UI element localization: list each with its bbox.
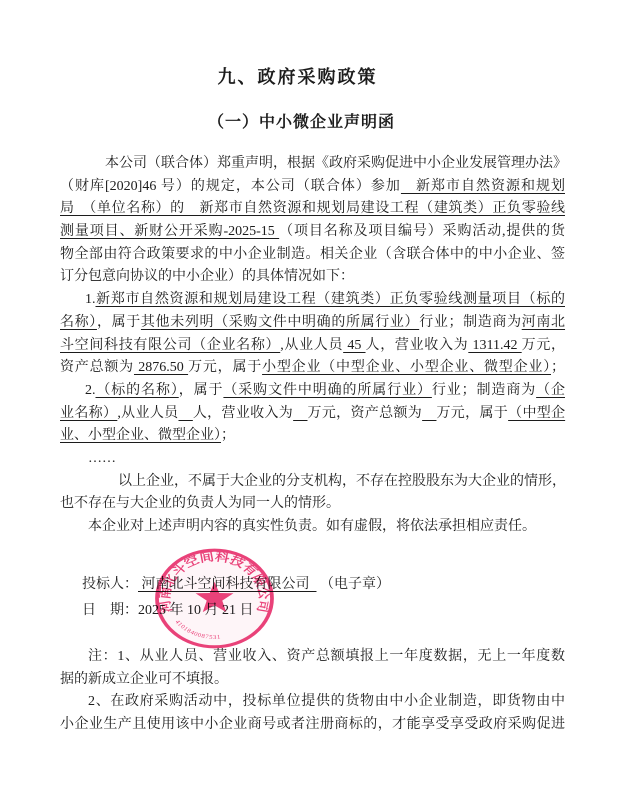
static-text: 行业；制造商为 xyxy=(432,383,536,398)
text-line: …… xyxy=(60,448,565,471)
text-line: 局 （单位名称）的 新郑市自然资源和规划局建设工程（建筑类）正负零验线 xyxy=(60,198,565,221)
static-text: （项目名称及项目编号）采购活动,提供的货 xyxy=(279,224,565,239)
filled-blank-text: 1311.42 xyxy=(468,338,521,353)
filled-blank-text: 45 xyxy=(343,338,365,353)
filled-blank-text: 业、小型企业、微型企业） xyxy=(60,428,221,443)
static-text: 注：1、从业人员、营业收入、资产总额填报上一年度数据，无上一年度数 xyxy=(88,649,565,664)
text-line: 本公司（联合体）郑重声明，根据《政府采购促进中小企业发展管理办法》 xyxy=(60,153,565,176)
text-line: 以上企业，不属于大企业的分支机构，不存在控股股东为大企业的情形， xyxy=(60,471,565,494)
filled-blank-text: 名称） xyxy=(60,315,97,330)
static-text: （财库[2020]46 号）的规定，本公司（联合体）参加 xyxy=(60,179,401,194)
text-line: 订分包意向协议的中小企业）的具体情况如下： xyxy=(60,266,565,289)
doc-subtitle: （一）中小微企业声明函 xyxy=(60,111,565,135)
static-text: 资产总额为 xyxy=(60,360,134,375)
text-line: 日 期：2025 年 10 月 21 日 xyxy=(60,598,565,624)
filled-blank-text: （企 xyxy=(536,383,565,398)
static-text: （电子章） xyxy=(317,577,391,592)
text-line: 注：1、从业人员、营业收入、资产总额填报上一年度数据，无上一年度数 xyxy=(60,646,565,669)
text-line: 业、小型企业、微型企业）； xyxy=(60,425,565,448)
static-text: 订分包意向协议的中小企业）的具体情况如下： xyxy=(60,269,354,284)
static-text: 小企业生产且使用该中小企业商号或者注册商标的，才能享受享受政府采购促进 xyxy=(60,717,565,732)
static-text: ,从业人员 xyxy=(280,338,343,353)
signature-block: 投标人： 河南北斗空间科技有限公司 （电子章）日 期：2025 年 10 月 2… xyxy=(60,572,565,624)
filled-blank-text: （中型企 xyxy=(508,406,565,421)
static-text: 人，营业收入为 xyxy=(193,406,293,421)
static-text: ； xyxy=(221,428,235,443)
doc-title: 九、政府采购政策 xyxy=(60,64,565,90)
static-text: 万元，属于 xyxy=(188,360,262,375)
text-line: 1.新郑市自然资源和规划局建设工程（建筑类）正负零验线测量项目（标的 xyxy=(60,289,565,312)
static-text: 物全部由符合政策要求的中小企业制造。相关企业（含联合体中的中小企业、签 xyxy=(60,247,565,262)
text-line: 名称），属于其他未列明（采购文件中明确的所属行业）行业；制造商为河南北 xyxy=(60,312,565,335)
text-line: 2、在政府采购活动中，投标单位提供的货物由中小企业制造，即货物由中 xyxy=(60,691,565,714)
filled-blank-text: 河南北斗空间科技有限公司 xyxy=(138,577,317,592)
static-text: 万元，属于 xyxy=(436,406,508,421)
static-text: ，属于 xyxy=(179,383,224,398)
document-page: 九、政府采购政策 （一）中小微企业声明函 本公司（联合体）郑重声明，根据《政府采… xyxy=(0,0,628,791)
filled-blank-text: 小型企业（中型企业、小型企业、微型企业） xyxy=(262,360,551,375)
static-text: ,从业人员 xyxy=(117,406,178,421)
filled-blank-text: 2876.50 xyxy=(134,360,188,375)
filled-blank-text: 斗空间科技有限公司（企业名称） xyxy=(60,338,280,353)
static-text: 人，营业收入为 xyxy=(366,338,469,353)
filled-blank-text: 测量项目、新财公开采购-2025-15 xyxy=(60,224,279,239)
filled-blank-text: 新郑市自然资源和规划局建设工程（建筑类）正负零验线测量项目（标的 xyxy=(96,292,566,307)
filled-blank-text: 局 （单位名称）的 新郑市自然资源和规划局建设工程（建筑类）正负零验线 xyxy=(60,201,565,216)
filled-blank-text xyxy=(293,406,307,421)
text-line: 本企业对上述声明内容的真实性负责。如有虚假，将依法承担相应责任。 xyxy=(60,516,565,539)
static-text: 投标人： xyxy=(82,577,138,592)
text-line: 小企业生产且使用该中小企业商号或者注册商标的，才能享受享受政府采购促进 xyxy=(60,714,565,737)
static-text: 也不存在与大企业的负责人为同一人的情形。 xyxy=(60,496,340,511)
text-line: 据的新成立企业可不填报。 xyxy=(60,669,565,692)
filled-blank-text: 新郑市自然资源和规划 xyxy=(401,179,565,194)
static-text: 以上企业，不属于大企业的分支机构，不存在控股股东为大企业的情形， xyxy=(118,474,566,489)
static-text: 万元，资产总额为 xyxy=(307,406,422,421)
filled-blank-text: 其他未列明（采购文件中明确的所属行业） xyxy=(141,315,419,330)
static-text: 万元， xyxy=(522,338,565,353)
filled-blank-text: （标的名称） xyxy=(96,383,179,398)
static-text: ； xyxy=(551,360,565,375)
static-text: 2. xyxy=(85,383,96,398)
document-body: 本公司（联合体）郑重声明，根据《政府采购促进中小企业发展管理办法》（财库[202… xyxy=(60,153,565,539)
filled-blank-text xyxy=(422,406,436,421)
text-line: 业名称）,从业人员 人，营业收入为 万元，资产总额为 万元，属于（中型企 xyxy=(60,403,565,426)
static-text: ，属于 xyxy=(97,315,141,330)
filled-blank-text: （采购文件中明确的所属行业） xyxy=(223,383,431,398)
text-line: 投标人： 河南北斗空间科技有限公司 （电子章） xyxy=(60,572,565,598)
static-text: …… xyxy=(88,451,116,466)
text-line: 2.（标的名称），属于（采购文件中明确的所属行业）行业；制造商为（企 xyxy=(60,380,565,403)
static-text: 日 期：2025 年 10 月 21 日 xyxy=(82,603,254,618)
text-line: 斗空间科技有限公司（企业名称）,从业人员 45 人，营业收入为 1311.42 … xyxy=(60,335,565,358)
static-text: 1. xyxy=(85,292,96,307)
text-line: 测量项目、新财公开采购-2025-15 （项目名称及项目编号）采购活动,提供的货 xyxy=(60,221,565,244)
text-line: 也不存在与大企业的负责人为同一人的情形。 xyxy=(60,493,565,516)
static-text: 2、在政府采购活动中，投标单位提供的货物由中小企业制造，即货物由中 xyxy=(88,694,565,709)
text-line: （财库[2020]46 号）的规定，本公司（联合体）参加 新郑市自然资源和规划 xyxy=(60,176,565,199)
static-text: 本企业对上述声明内容的真实性负责。如有虚假，将依法承担相应责任。 xyxy=(88,519,536,534)
filled-blank-text: 业名称） xyxy=(60,406,117,421)
static-text: 据的新成立企业可不填报。 xyxy=(60,672,228,687)
static-text: 行业；制造商为 xyxy=(419,315,522,330)
static-text: 本公司（联合体）郑重声明，根据《政府采购促进中小企业发展管理办法》 xyxy=(105,156,567,171)
filled-blank-text: 河南北 xyxy=(522,315,565,330)
notes-block: 注：1、从业人员、营业收入、资产总额填报上一年度数据，无上一年度数据的新成立企业… xyxy=(60,646,565,737)
text-line: 物全部由符合政策要求的中小企业制造。相关企业（含联合体中的中小企业、签 xyxy=(60,244,565,267)
text-line: 资产总额为 2876.50 万元，属于小型企业（中型企业、小型企业、微型企业）； xyxy=(60,357,565,380)
filled-blank-text xyxy=(178,406,192,421)
